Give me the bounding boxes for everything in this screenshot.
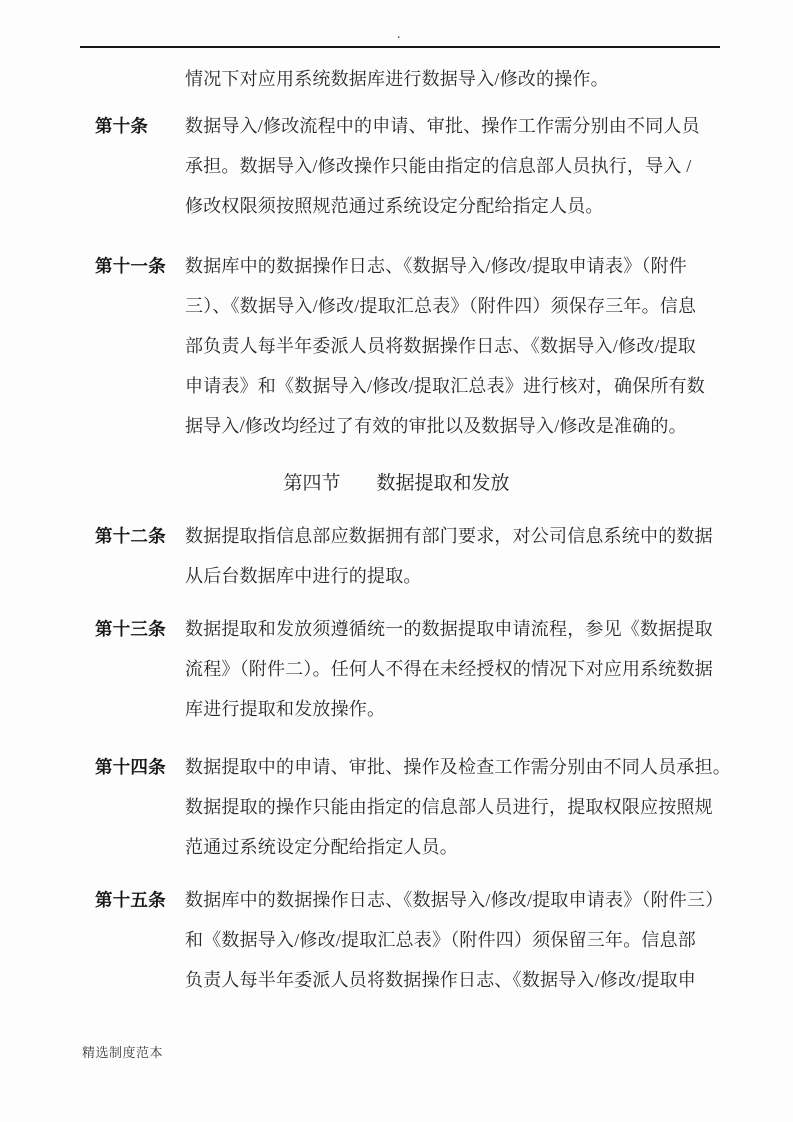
article-text: 数据导入/修改流程中的申请、审批、操作工作需分别由不同人员 承担。数据导入/修改… [185,106,745,226]
footer-note: 精选制度范本 [82,1045,163,1061]
article-label: 第十四条 [95,747,166,787]
article-text: 数据库中的数据操作日志、《数据导入/修改/提取申请表》（附件 三）、《数据导入/… [185,246,745,446]
section-heading-number: 第四节 [283,473,340,494]
section-heading-title: 数据提取和发放 [377,473,510,494]
article-label: 第十三条 [95,609,166,649]
document-page: . 情况下对应用系统数据库进行数据导入/修改的操作。 第十条 数据导入/修改流程… [0,0,793,1122]
article-text: 数据提取和发放须遵循统一的数据提取申请流程，参见《数据提取 流程》（附件二）。任… [185,609,745,729]
article-label: 第十条 [95,106,148,146]
header-rule [80,46,720,48]
article-text: 数据提取指信息部应数据拥有部门要求，对公司信息系统中的数据 从后台数据库中进行的… [185,516,745,596]
article-text: 数据提取中的申请、审批、操作及检查工作需分别由不同人员承担。 数据提取的操作只能… [185,747,745,867]
article-label: 第十一条 [95,246,166,286]
header-dot: . [397,28,401,42]
section-heading: 第四节数据提取和发放 [0,469,793,499]
article-label: 第十五条 [95,880,166,920]
article-text: 数据库中的数据操作日志、《数据导入/修改/提取申请表》（附件三） 和《数据导入/… [185,880,745,1000]
paragraph-continuation-text: 情况下对应用系统数据库进行数据导入/修改的操作。 [185,59,745,99]
article-label: 第十二条 [95,516,166,556]
